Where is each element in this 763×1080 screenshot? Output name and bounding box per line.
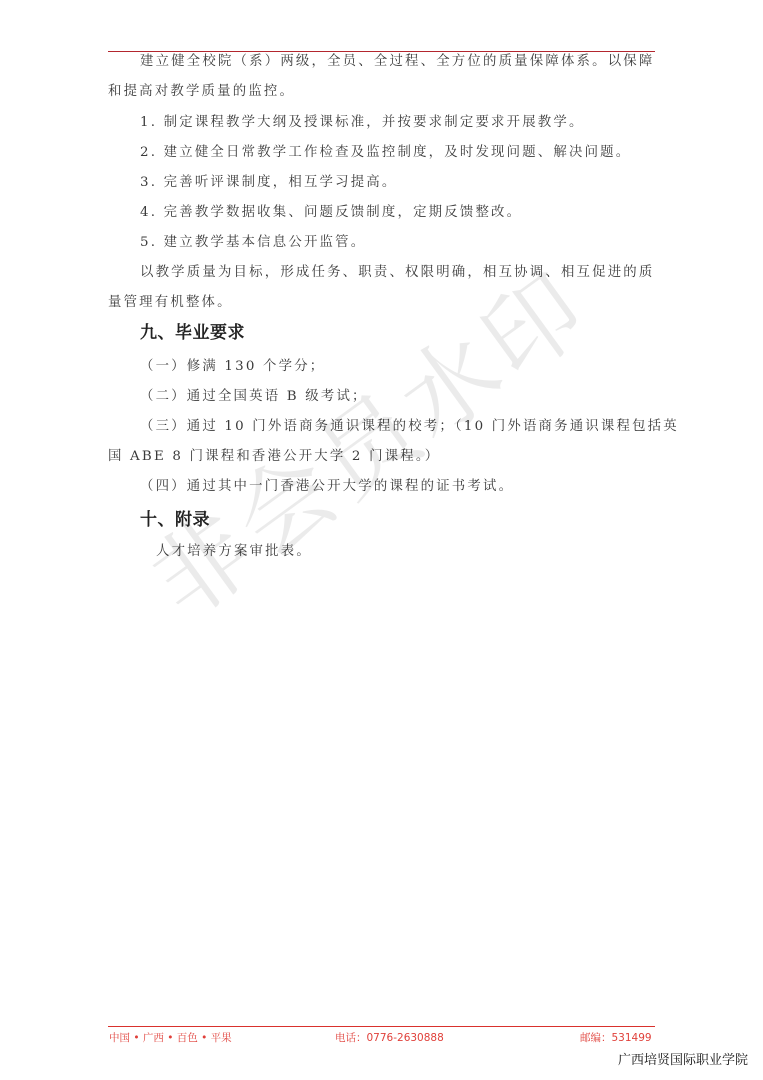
requirement-item-2: （二）通过全国英语 B 级考试；	[140, 382, 687, 412]
section-heading-appendix: 十、附录	[140, 507, 210, 533]
section-heading-graduation-requirements: 九、毕业要求	[140, 320, 245, 346]
footer-postcode: 邮编：531499	[580, 1030, 652, 1046]
list-item-2: 2. 建立健全日常教学工作检查及监控制度，及时发现问题、解决问题。	[140, 138, 687, 168]
paragraph-quality-system-line2: 和提高对教学质量的监控。	[108, 77, 655, 107]
requirement-item-4: （四）通过其中一门香港公开大学的课程的证书考试。	[140, 472, 687, 502]
list-item-5: 5. 建立教学基本信息公开监管。	[140, 228, 687, 258]
document-page: 建立健全校院（系）两级，全员、全过程、全方位的质量保障体系。以保障 和提高对教学…	[0, 0, 763, 1080]
list-item-1: 1. 制定课程教学大纲及授课标准，并按要求制定要求开展教学。	[140, 108, 687, 138]
requirement-item-1: （一）修满 130 个学分；	[140, 352, 687, 382]
list-item-4: 4. 完善教学数据收集、问题反馈制度，定期反馈整改。	[140, 198, 687, 228]
appendix-item-1: 人才培养方案审批表。	[156, 537, 703, 567]
footer-rule	[108, 1026, 655, 1027]
paragraph-summary-line1: 以教学质量为目标，形成任务、职责、权限明确，相互协调、相互促进的质	[140, 258, 687, 288]
paragraph-quality-system-line1: 建立健全校院（系）两级，全员、全过程、全方位的质量保障体系。以保障	[140, 47, 687, 77]
footer-location: 中国 • 广西 • 百色 • 平果	[109, 1030, 232, 1046]
list-item-3: 3. 完善听评课制度，相互学习提高。	[140, 168, 687, 198]
institution-name: 广西培贤国际职业学院	[618, 1052, 748, 1070]
requirement-item-3-line1: （三）通过 10 门外语商务通识课程的校考；（10 门外语商务通识课程包括英	[140, 412, 687, 442]
footer-phone: 电话：0776-2630888	[335, 1030, 444, 1046]
requirement-item-3-line2: 国 ABE 8 门课程和香港公开大学 2 门课程。）	[108, 442, 655, 472]
paragraph-summary-line2: 量管理有机整体。	[108, 288, 655, 318]
